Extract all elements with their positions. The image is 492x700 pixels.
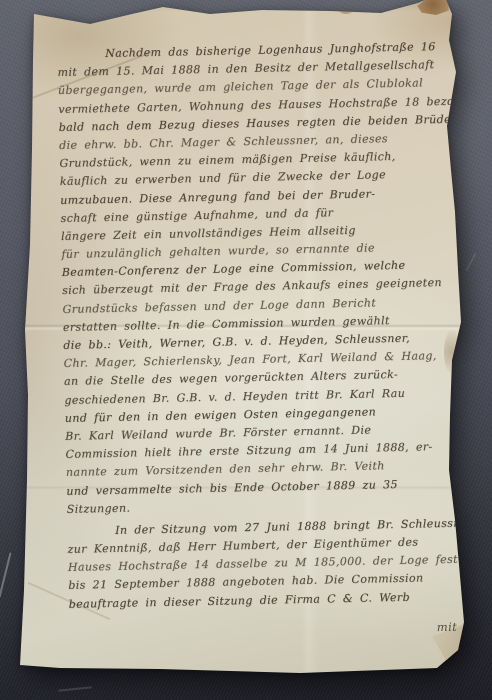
torn-edge-stain [417, 0, 449, 15]
paragraph: Nachdem das bisherige Logenhaus Junghofs… [57, 38, 465, 519]
manuscript-page: Nachdem das bisherige Logenhaus Junghofs… [0, 0, 492, 700]
manuscript-text: Nachdem das bisherige Logenhaus Junghofs… [57, 38, 467, 644]
paragraph: In der Sitzung vom 27 Juni 1888 bringt B… [67, 514, 467, 613]
torn-edge-stain [338, 6, 354, 14]
fabric-background: Nachdem das bisherige Logenhaus Junghofs… [0, 0, 492, 700]
catchword: mit [69, 617, 467, 644]
paper-shadow-wrap: Nachdem das bisherige Logenhaus Junghofs… [0, 0, 492, 700]
